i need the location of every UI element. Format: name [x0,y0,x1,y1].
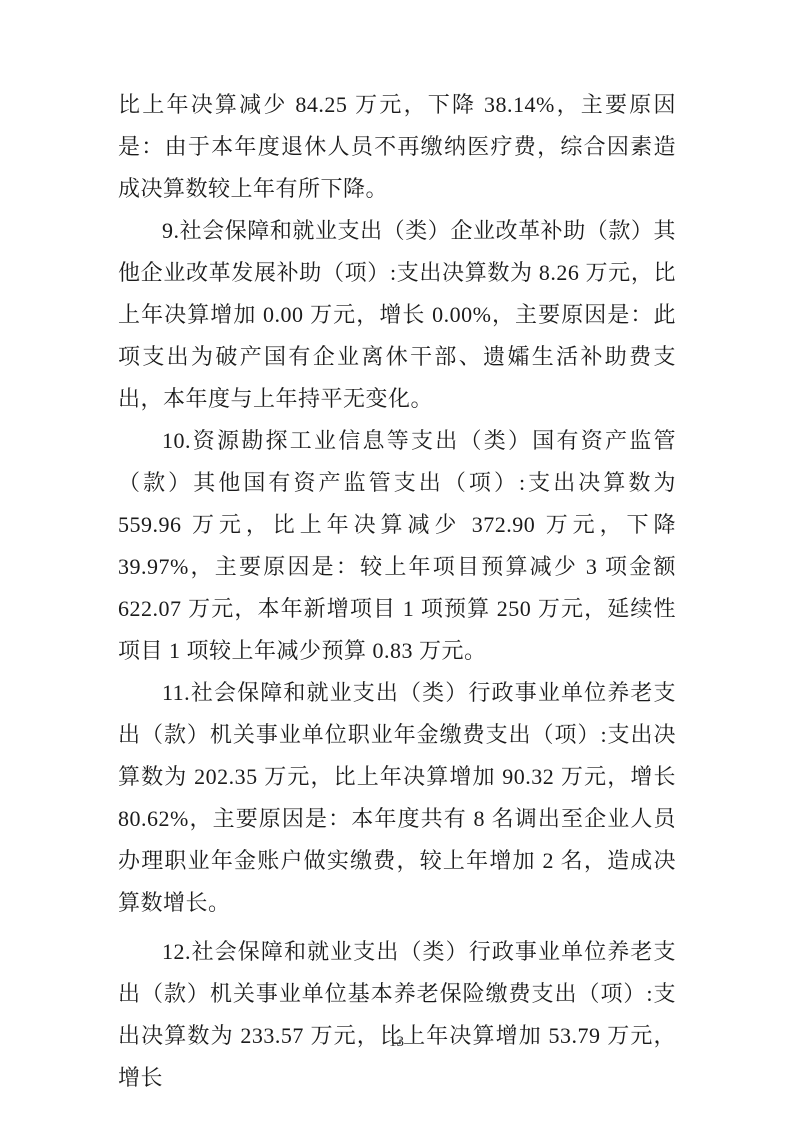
page-content: 比上年决算减少 84.25 万元，下降 38.14%，主要原因是：由于本年度退休… [118,84,676,1099]
document-page: 比上年决算减少 84.25 万元，下降 38.14%，主要原因是：由于本年度退休… [0,0,793,1122]
paragraph-item-9: 9.社会保障和就业支出（类）企业改革补助（款）其他企业改革发展补助（项）:支出决… [118,210,676,420]
paragraph-item-11: 11.社会保障和就业支出（类）行政事业单位养老支出（款）机关事业单位职业年金缴费… [118,672,676,924]
paragraph-item-10: 10.资源勘探工业信息等支出（类）国有资产监管（款）其他国有资产监管支出（项）:… [118,420,676,672]
paragraph-item-12: 12.社会保障和就业支出（类）行政事业单位养老支出（款）机关事业单位基本养老保险… [118,931,676,1099]
page-number: 13 [0,1034,793,1051]
paragraph-item-8-continuation: 比上年决算减少 84.25 万元，下降 38.14%，主要原因是：由于本年度退休… [118,84,676,210]
